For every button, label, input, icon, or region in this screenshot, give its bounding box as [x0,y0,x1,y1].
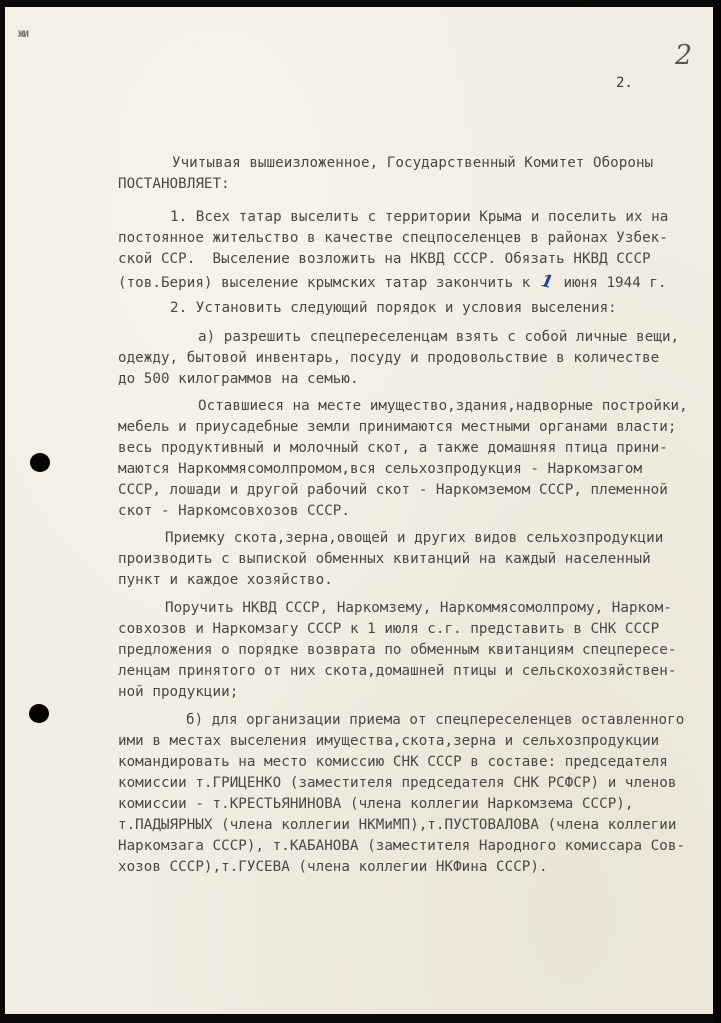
punch-hole-icon [30,453,50,472]
sub-b-line: комиссии т.ГРИЦЕНКО (заместителя председ… [118,775,676,791]
sub-a-line: до 500 килограммов на семью. [118,371,359,387]
property-line: мебель и приусадебные земли принимаются … [118,419,676,435]
point-1-line: 1. Всех татар выселить с территории Крым… [170,209,668,225]
receipt-line: производить с выпиской обменных квитанци… [118,551,651,567]
handwritten-page-number: 2 [675,40,692,71]
typed-page-number: 2. [616,75,633,91]
point-1-line: постоянное жительство в качестве спецпос… [118,230,668,246]
sub-b-line: командировать на место комиссию СНК СССР… [118,754,668,770]
point-1-line-part: июня 1944 г. [555,275,667,291]
scan-border-top [0,0,721,7]
property-line: СССР, лошади и другой рабочий скот - Нар… [118,482,668,498]
point-1-line-deadline: (тов.Берия) выселение крымских татар зак… [118,272,667,292]
property-line: весь продуктивный и молочный скот, а так… [118,440,668,456]
receipt-line: пункт и каждое хозяйство. [118,572,333,588]
intro-line: Учитывая вышеизложенное, Государственный… [172,155,653,171]
archive-stamp: ЖИ [18,30,28,41]
scan-border-left [0,0,5,1023]
intro-line-decree: ПОСТАНОВЛЯЕТ: [118,176,230,192]
instruct-line: ленцам принятого от них скота,домашней п… [118,663,676,679]
sub-a-line: одежду, бытовой инвентарь, посуду и прод… [118,350,659,366]
instruct-line: Поручить НКВД СССР, Наркомзему, Наркоммя… [165,600,672,616]
sub-a-line: а) разрешить спецпереселенцам взять с со… [198,329,679,345]
handwritten-ink-correction: 1 [539,271,555,293]
instruct-line: предложения о порядке возврата по обменн… [118,642,676,658]
property-line: маются Наркоммясомолпромом,вся сельхозпр… [118,461,642,477]
sub-b-line: комиссии - т.КРЕСТЬЯНИНОВА (члена коллег… [118,796,634,812]
punch-hole-icon [29,704,49,723]
point-2-heading: 2. Установить следующий порядок и услови… [170,300,617,316]
sub-b-line: ими в местах выселения имущества,скота,з… [118,733,659,749]
property-line: Оставшиеся на месте имущество,здания,над… [198,398,688,414]
point-1-line: ской ССР. Выселение возложить на НКВД СС… [118,251,651,267]
sub-b-line: т.ПАДЫЯРНЫХ (члена коллегии НКМиМП),т.ПУ… [118,817,676,833]
instruct-line: ной продукции; [118,684,238,700]
sub-b-line: хозов СССР),т.ГУСЕВА (члена коллегии НКФ… [118,859,548,875]
property-line: скот - Наркомсовхозов СССР. [118,503,350,519]
point-1-line-part: (тов.Берия) выселение крымских татар зак… [118,275,539,291]
sub-b-line: б) для организации приема от спецпересел… [186,712,684,728]
receipt-line: Приемку скота,зерна,овощей и других видо… [165,530,663,546]
scan-border-bottom [0,1014,721,1023]
sub-b-line: Наркомзага СССР), т.КАБАНОВА (заместител… [118,838,685,854]
instruct-line: совхозов и Наркомзагу СССР к 1 июля с.г.… [118,621,659,637]
scan-border-right [713,0,721,1023]
